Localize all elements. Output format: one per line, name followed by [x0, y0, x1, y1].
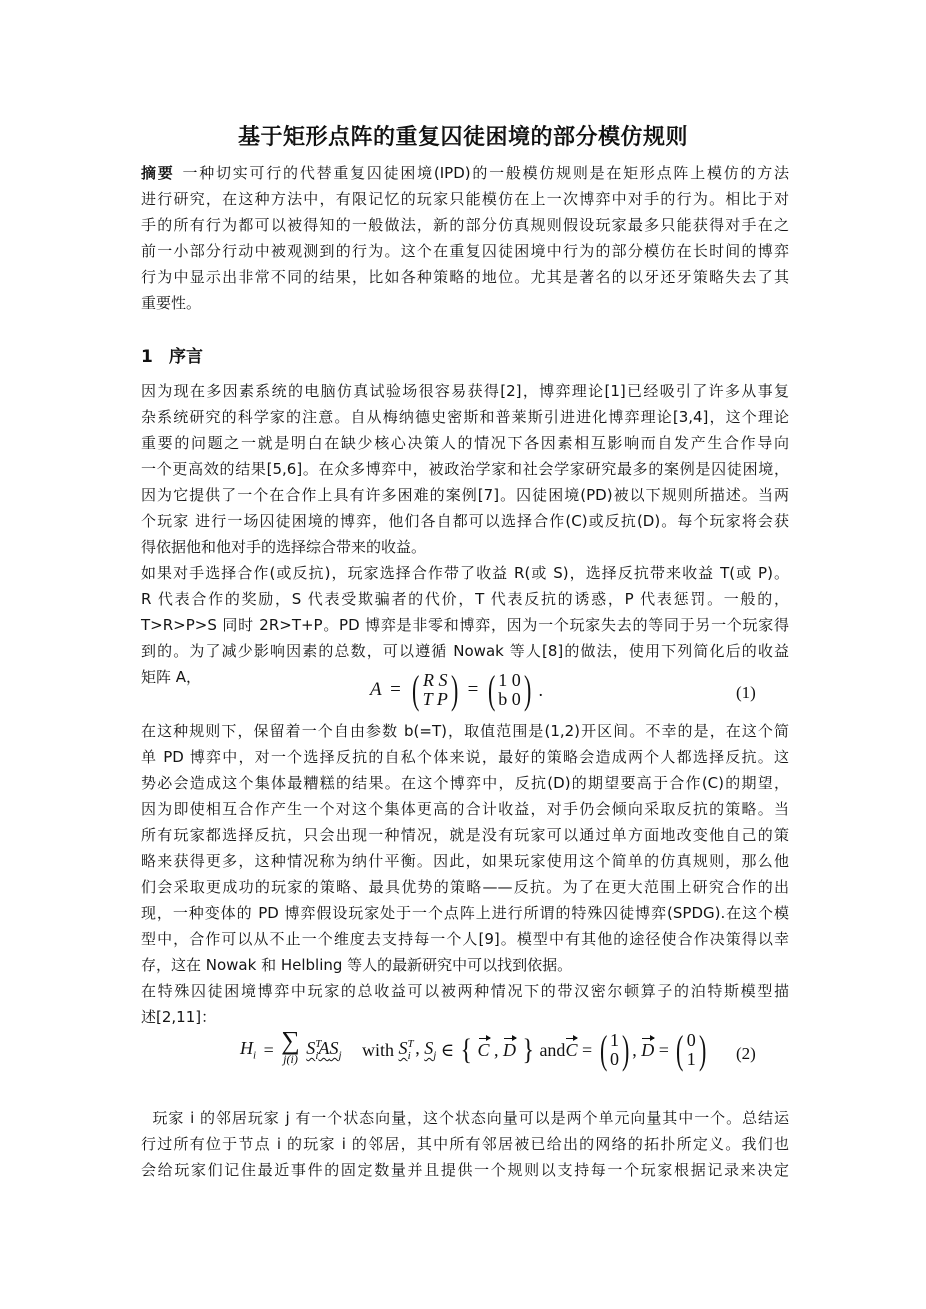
- section-heading: 1序言: [141, 342, 203, 367]
- vector-row: 1: [687, 1050, 696, 1069]
- vector-d: D: [641, 1040, 654, 1061]
- summation: ∑ j(i): [281, 1032, 300, 1068]
- c-vector: 1 0: [610, 1031, 619, 1069]
- abstract-label: 摘要: [141, 164, 175, 182]
- text-line: 们会采取更成功的玩家的策略、最具优势的策略——反抗。为了在更大范围上研究合作的出: [141, 874, 789, 900]
- element-of: ∈: [441, 1040, 454, 1061]
- eq1-period: .: [539, 680, 544, 701]
- text-line: T>R>P>S 同时 2R>T+P。PD 博弈是非零和博弈，因为一个玩家失去的等…: [141, 612, 789, 638]
- abstract-text: 一种切实可行的代替重复囚徒困境(IPD)的一般模仿规则是在矩形点阵上模仿的方法: [183, 164, 789, 182]
- abstract-line: 行为中显示出非常不同的结果，比如各种策略的地位。尤其是著名的以牙还牙策略失去了其: [141, 264, 789, 290]
- section-number: 1: [141, 347, 169, 367]
- right-paren-icon: ): [451, 668, 458, 712]
- section-title: 序言: [169, 347, 203, 367]
- vector-c: C: [478, 1040, 490, 1061]
- text-line: R 代表合作的奖励，S 代表受欺骗者的代价，T 代表反抗的诱惑，P 代表惩罚。一…: [141, 586, 789, 612]
- abstract-line: 摘要一种切实可行的代替重复囚徒困境(IPD)的一般模仿规则是在矩形点阵上模仿的方…: [141, 160, 789, 186]
- s-j-sub: j: [338, 1050, 341, 1062]
- text-line: 个玩家 进行一场囚徒困境的博弈，他们各自都可以选择合作(C)或反抗(D)。每个玩…: [141, 508, 789, 534]
- eq2-with: with: [362, 1040, 394, 1061]
- text-line: 因为即使相互合作产生一个对这个集体更高的合计收益，对手仍会倾向采取反抗的策略。当: [141, 796, 789, 822]
- vector-row: 0: [687, 1031, 696, 1050]
- paragraph: 玩家 i 的邻居玩家 j 有一个状态向量，这个状态向量可以是两个单元向量其中一个…: [141, 1105, 789, 1183]
- eq1-equals: =: [468, 679, 479, 701]
- text-line: 得依据他和他对手的选择综合带来的收益。: [141, 534, 789, 560]
- text-line: 重要的问题之一就是明白在缺少核心决策人的情况下各因素相互影响而自发产生合作导向: [141, 430, 789, 456]
- matrix-row: b 0: [498, 690, 521, 709]
- eq2-term: STiASj: [306, 1038, 341, 1062]
- s-j-sub: j: [433, 1050, 436, 1062]
- s-i: S: [306, 1038, 315, 1058]
- a-matrix: A: [318, 1038, 329, 1058]
- text-line: 型中，合作可以从不止一个维度去支持每一个人[9]。模型中有其他的途径使合作决策得…: [141, 926, 789, 952]
- abstract-line: 重要性。: [141, 290, 789, 316]
- text-line: 所有玩家都选择反抗，只会出现一种情况，就是没有玩家可以通过单方面地改变他自己的策: [141, 822, 789, 848]
- text-line: 到的。为了减少影响因素的总数，可以遵循 Nowak 等人[8]的做法，使用下列简…: [141, 638, 789, 664]
- left-brace-icon: {: [460, 1033, 472, 1067]
- text-line: 杂系统研究的科学家的注意。自从梅纳德史密斯和普莱斯引进进化博弈理论[3,4]，这…: [141, 404, 789, 430]
- matrix-row: R S: [423, 671, 448, 690]
- paragraph: 在这种规则下，保留着一个自由参数 b(=T)，取值范围是(1,2)开区间。不幸的…: [141, 718, 789, 1030]
- eq2-equals: =: [264, 1040, 274, 1061]
- left-paren-icon: (: [412, 668, 419, 712]
- text-line: 存，这在 Nowak 和 Helbling 等人的最新研究中可以找到依据。: [141, 952, 789, 978]
- vector-c: C: [565, 1040, 577, 1061]
- vector-d-def: D =: [641, 1040, 669, 1061]
- text-line: 势必会造成这个集体最糟糕的结果。在这个博弈中，反抗(D)的期望要高于合作(C)的…: [141, 770, 789, 796]
- abstract-line: 进行研究，在这种方法中，有限记忆的玩家只能模仿在上一次博弈中对手的行为。相比于对: [141, 186, 789, 212]
- eq2-h-sub: i: [253, 1050, 256, 1062]
- text-line: 如果对手选择合作(或反抗)，玩家选择合作带了收益 R(或 S)，选择反抗带来收益…: [141, 560, 789, 586]
- vector-row: 0: [610, 1050, 619, 1069]
- text-line: 因为现在多因素系统的电脑仿真试验场很容易获得[2]，博弈理论[1]已经吸引了许多…: [141, 378, 789, 404]
- vector-d: D: [503, 1040, 516, 1061]
- left-paren-icon: (: [600, 1028, 607, 1072]
- matrix-row: T P: [423, 690, 448, 709]
- comma: ,: [632, 1040, 637, 1061]
- text-line: 单 PD 博弈中，对一个选择反抗的自私个体来说，最好的策略会造成两个人都选择反抗…: [141, 744, 789, 770]
- text-line: 行过所有位于节点 i 的玩家 i 的邻居，其中所有邻居被已给出的网络的拓扑所定义…: [141, 1131, 789, 1157]
- right-paren-icon: ): [524, 668, 531, 712]
- right-brace-icon: }: [522, 1033, 534, 1067]
- equation-number-2: (2): [736, 1044, 756, 1064]
- eq1-equals: =: [390, 679, 401, 701]
- left-paren-icon: (: [676, 1028, 683, 1072]
- abstract: 摘要一种切实可行的代替重复囚徒困境(IPD)的一般模仿规则是在矩形点阵上模仿的方…: [141, 160, 789, 316]
- text-line: 因为它提供了一个在合作上具有许多困难的案例[7]。囚徒困境(PD)被以下规则所描…: [141, 482, 789, 508]
- d-vector: 0 1: [687, 1031, 696, 1069]
- eq2-h: H: [240, 1038, 253, 1058]
- eq2-and: and: [539, 1040, 565, 1061]
- equation-number-1: (1): [736, 683, 756, 703]
- abstract-line: 手的所有行为都可以被得知的一般做法，新的部分仿真规则假设玩家最多只能获得对手在之: [141, 212, 789, 238]
- right-paren-icon: ): [699, 1028, 706, 1072]
- s-i: S: [399, 1038, 408, 1058]
- sigma-icon: ∑: [281, 1032, 300, 1050]
- vector-row: 1: [610, 1031, 619, 1050]
- right-paren-icon: ): [622, 1028, 629, 1072]
- left-paren-icon: (: [488, 668, 495, 712]
- matrix-rstp: R S T P: [423, 671, 448, 709]
- text-line: 在这种规则下，保留着一个自由参数 b(=T)，取值范围是(1,2)开区间。不幸的…: [141, 718, 789, 744]
- s-j: S: [424, 1038, 433, 1058]
- paper-title: 基于矩形点阵的重复囚徒困境的部分模仿规则: [0, 120, 926, 151]
- document-page: 基于矩形点阵的重复囚徒困境的部分模仿规则 摘要一种切实可行的代替重复囚徒困境(I…: [0, 0, 926, 1309]
- eq2-with-terms: STi , Sj: [399, 1038, 437, 1062]
- paragraph: 因为现在多因素系统的电脑仿真试验场很容易获得[2]，博弈理论[1]已经吸引了许多…: [141, 378, 789, 690]
- matrix-row: 1 0: [498, 671, 521, 690]
- text-line: 一个更高效的结果[5,6]。在众多博弈中，被政治学家和社会学家研究最多的案例是囚…: [141, 456, 789, 482]
- vector-c-def: C =: [565, 1040, 592, 1061]
- equation-2: Hi = ∑ j(i) STiASj with STi , Sj ∈ { C ,…: [240, 1028, 770, 1090]
- abstract-line: 前一小部分行动中被观测到的行为。这个在重复囚徒困境中行为的部分模仿在长时间的博弈: [141, 238, 789, 264]
- text-line: 会给玩家们记住最近事件的固定数量并且提供一个规则以支持每一个玩家根据记录来决定: [141, 1157, 789, 1183]
- text-line: 在特殊囚徒困境博弈中玩家的总收益可以被两种情况下的带汉密尔顿算子的泊特斯模型描: [141, 978, 789, 1004]
- sum-index: j(i): [281, 1050, 300, 1068]
- eq1-lhs: A: [370, 679, 382, 701]
- text-line: 玩家 i 的邻居玩家 j 有一个状态向量，这个状态向量可以是两个单元向量其中一个…: [141, 1105, 789, 1131]
- text-line: 现，一种变体的 PD 博弈假设玩家处于一个点阵上进行所谓的特殊囚徒博弈(SPDG…: [141, 900, 789, 926]
- equation-1: A = ( R S T P ) = ( 1 0 b 0 ) .: [370, 668, 770, 718]
- text-line: 略来获得更多，这种情况称为纳什平衡。因此，如果玩家使用这个简单的仿真规则，那么他: [141, 848, 789, 874]
- set: C , D: [478, 1040, 517, 1061]
- matrix-values: 1 0 b 0: [498, 671, 521, 709]
- eq2-lhs: Hi: [240, 1038, 256, 1062]
- text-line: 述[2,11]：: [141, 1004, 789, 1030]
